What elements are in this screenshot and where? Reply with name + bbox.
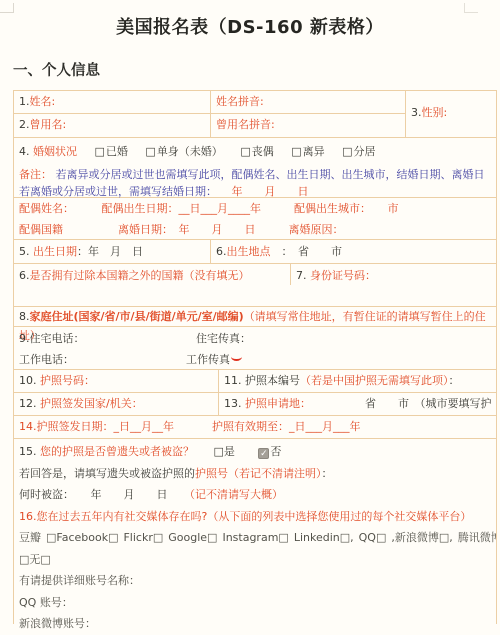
- row-passport-number: 10. 护照号码： 11. 护照本编号（若是中国护照无需填写此项）：: [14, 370, 496, 393]
- marital-option-widowed[interactable]: □丧偶: [240, 145, 273, 158]
- row-home-address: 8.家庭住址(国家/省/市/县/街道/单元/室/邮编)（请填写常住地址，有暂住证…: [14, 307, 496, 327]
- page-corner-mark-icon: [464, 3, 478, 13]
- marital-option-divorced[interactable]: □离异: [291, 145, 324, 158]
- field-number: 4.: [19, 145, 33, 158]
- red-squiggle-mark-icon: [231, 355, 242, 361]
- passport-number-field[interactable]: 10. 护照号码：: [14, 370, 219, 392]
- gender-label: 性别:: [422, 106, 448, 119]
- when-stolen-field[interactable]: 何时被盗： 年 月 日: [19, 488, 190, 501]
- work-fax-field[interactable]: 工作传真: [186, 353, 230, 366]
- work-phone-line: 工作电话：工作传真: [14, 349, 496, 370]
- yes-label: 是: [224, 445, 235, 458]
- checkbox-icon[interactable]: □: [240, 145, 250, 158]
- marital-option-label: 已婚: [106, 145, 128, 158]
- birth-date-label: 出生日期: [33, 245, 77, 258]
- row-passport-lost-social: 15. 您的护照是否曾遗失或者被盗？ □是 ✓否 若回答是，请填写遗失或被盗护照…: [14, 439, 496, 622]
- former-name-field[interactable]: 2.曾用名:: [14, 114, 211, 137]
- checkbox-icon[interactable]: □: [95, 145, 105, 158]
- remark-label: 备注：: [19, 168, 52, 181]
- remark2-text: 若离婚或分居或过世，需填写结婚日期：: [19, 185, 217, 198]
- work-phone-field[interactable]: 工作电话：: [19, 349, 186, 370]
- id-number-label: 身份证号码：: [310, 269, 376, 282]
- page-corner-mark-icon: [0, 3, 14, 13]
- passport-issuer-label: 护照签发国家/机关：: [40, 397, 143, 410]
- marital-status-line: 4. 婚姻状况 □已婚 □单身（未婚） □丧偶 □离异 □分居: [14, 140, 496, 165]
- id-number-field[interactable]: 7. 身份证号码： 美国社保号(如有)：: [291, 264, 496, 285]
- social-platform-tencent-weibo[interactable]: 腾讯微博 □: [458, 531, 496, 544]
- account-detail-label: 有请提供详细账号名称：: [19, 574, 140, 587]
- social-platform-facebook[interactable]: □Facebook□: [46, 531, 118, 544]
- name-field[interactable]: 1.姓名:: [14, 91, 211, 113]
- account-detail-line: 有请提供详细账号名称：: [14, 570, 496, 592]
- field-number: 1.: [19, 95, 30, 108]
- passport-issue-date-field[interactable]: 14.护照签发日期：_日__月__年: [19, 420, 174, 433]
- qq-account-field[interactable]: QQ 账号：: [19, 596, 73, 609]
- checkbox-icon[interactable]: □: [214, 445, 224, 458]
- passport-lost-line: 15. 您的护照是否曾遗失或者被盗？ □是 ✓否: [14, 441, 496, 463]
- home-phone-field[interactable]: 9.住宅电话：: [19, 328, 196, 349]
- name-pinyin-label: 姓名拼音:: [216, 95, 264, 108]
- passport-book-field[interactable]: 11. 护照本编号（若是中国护照无需填写此项）：: [219, 370, 496, 392]
- passport-book-colon: ：: [449, 374, 460, 387]
- section-heading-personal-info: 一、个人信息: [13, 59, 100, 80]
- passport-number-label: 护照号码：: [40, 374, 95, 387]
- birth-place-label: 出生地点: [227, 245, 271, 258]
- field-number: 2.: [19, 118, 30, 131]
- birth-date-value: ：年 月 日: [77, 245, 143, 258]
- home-address-label: 家庭住址(国家/省/市/县/街道/单元/室/邮编): [30, 310, 244, 323]
- checked-checkbox-icon[interactable]: ✓: [258, 448, 269, 459]
- social-platform-google[interactable]: Google□: [168, 531, 217, 544]
- social-platform-qq[interactable]: QQ□: [359, 531, 387, 544]
- row-passport-issue: 12. 护照签发国家/机关： 13. 护照申请地：省 市 （城市要填写护照申请地…: [14, 393, 496, 416]
- field-number: 5.: [19, 245, 33, 258]
- social-platform-flickr[interactable]: Flickr□: [123, 531, 163, 544]
- row-phones: 9.住宅电话：住宅传真： 工作电话：工作传真: [14, 327, 496, 370]
- social-platform-instagram[interactable]: Instagram□: [222, 531, 288, 544]
- passport-dates-line: 14.护照签发日期：_日__月__年护照有效期至：_日___月___年: [14, 416, 496, 438]
- row-name: 1.姓名: 姓名拼音:: [14, 91, 405, 114]
- field-number: 6.: [216, 245, 227, 258]
- other-nationality-note: （没有填无）: [184, 269, 250, 282]
- marital-option-married[interactable]: □已婚: [95, 145, 128, 158]
- passport-book-label: 护照本编号: [245, 374, 300, 387]
- former-name-pinyin-field[interactable]: 曾用名拼音:: [211, 114, 405, 137]
- weibo-account-line: 新浪微博账号：: [14, 613, 496, 622]
- row-former-name: 2.曾用名: 曾用名拼音:: [14, 114, 405, 137]
- personal-info-table: 1.姓名: 姓名拼音: 2.曾用名: 曾用名拼音: 3.性别: 4. 婚姻状况 …: [13, 90, 497, 622]
- field-number: 15.: [19, 445, 40, 458]
- birth-place-field[interactable]: 6.出生地点 ： 省 市: [211, 240, 496, 263]
- former-name-label: 曾用名:: [30, 118, 67, 131]
- passport-lost-label: 您的护照是否曾遗失或者被盗？: [40, 445, 194, 458]
- passport-apply-place-field[interactable]: 13. 护照申请地：省 市 （城市要填写护照申请地）: [219, 393, 496, 415]
- if-yes-note: （若记不清请注明）: [228, 467, 322, 480]
- lost-passport-number-line: 若回答是，请填写遗失或被盗护照的护照号（若记不清请注明）：: [14, 463, 496, 485]
- field-number: 8.: [19, 310, 30, 323]
- passport-book-note: （若是中国护照无需填写此项）: [300, 374, 449, 387]
- marital-option-label: 丧偶: [252, 145, 274, 158]
- field-number: 13.: [224, 397, 245, 410]
- social-media-question-line: 16.您在过去五年内有社交媒体存在吗?（从下面的列表中选择您使用过的每个社交媒体…: [14, 506, 496, 528]
- row-marital-status: 4. 婚姻状况 □已婚 □单身（未婚） □丧偶 □离异 □分居 备注： 若离异或…: [14, 138, 496, 198]
- field-number: 12.: [19, 397, 40, 410]
- passport-apply-place-label: 护照申请地：: [245, 393, 365, 415]
- other-nationality-field[interactable]: 6.是否拥有过除本国籍之外的国籍（没有填无）: [14, 264, 291, 285]
- weibo-account-field[interactable]: 新浪微博账号：: [19, 617, 96, 622]
- when-stolen-note: （记不清请写大概）: [190, 488, 284, 501]
- field-number: 3.: [411, 106, 422, 119]
- marital-option-single[interactable]: □单身（未婚）: [145, 145, 222, 158]
- checkbox-icon[interactable]: □: [145, 145, 155, 158]
- row-spouse-details: 配偶姓名： 配偶出生日期：__日___月____年 配偶出生城市： 市 配偶国籍…: [14, 198, 496, 240]
- home-fax-field[interactable]: 住宅传真：: [196, 332, 251, 345]
- no-label: 否: [270, 445, 281, 458]
- row-birth: 5. 出生日期：年 月 日 6.出生地点 ： 省 市: [14, 240, 496, 264]
- social-platform-sina-weibo[interactable]: ,新浪微博□,: [391, 531, 452, 544]
- passport-lost-no-option[interactable]: ✓否: [258, 445, 281, 458]
- field-number: 7.: [296, 269, 310, 282]
- page-title: 美国报名表（DS-160 新表格）: [0, 13, 500, 39]
- name-label: 姓名:: [30, 95, 56, 108]
- home-phone-line: 9.住宅电话：住宅传真：: [14, 328, 496, 349]
- if-yes-passport-label: 护照号: [195, 467, 228, 480]
- spouse-line2[interactable]: 配偶国籍 离婚日期： 年 月 日 离婚原因：: [14, 219, 496, 240]
- marital-option-label: 单身（未婚）: [157, 145, 223, 158]
- social-platform-douban[interactable]: 豆瓣: [19, 531, 41, 544]
- marital-option-label: 分居: [354, 145, 376, 158]
- if-yes-colon: ：: [322, 467, 333, 480]
- social-media-platforms-line: 豆瓣□Facebook□Flickr□Google□Instagram□Link…: [14, 527, 496, 549]
- passport-lost-yes-option[interactable]: □是: [214, 445, 235, 458]
- field-number: 6.: [19, 269, 30, 282]
- remark2-date: 年 月 日: [221, 185, 309, 198]
- field-number: 10.: [19, 374, 40, 387]
- birth-place-value: ： 省 市: [271, 245, 343, 258]
- marital-remark2-line: 若离婚或分居或过世，需填写结婚日期： 年 月 日: [14, 185, 496, 199]
- social-media-none-line: □无□: [14, 549, 496, 571]
- social-platform-linkedin[interactable]: Linkedin□,: [294, 531, 354, 544]
- qq-account-line: QQ 账号：: [14, 592, 496, 614]
- former-name-pinyin-label: 曾用名拼音:: [216, 118, 275, 131]
- row-name-gender: 1.姓名: 姓名拼音: 2.曾用名: 曾用名拼音: 3.性别:: [14, 91, 496, 138]
- birth-date-field[interactable]: 5. 出生日期：年 月 日: [14, 240, 211, 263]
- row-passport-dates: 14.护照签发日期：_日__月__年护照有效期至：_日___月___年: [14, 416, 496, 439]
- marital-label: 婚姻状况: [33, 145, 77, 158]
- remark-text: 若离异或分居或过世也需填写此项，配偶姓名、出生日期、出生城市，结婚日期、离婚日期…: [19, 168, 485, 185]
- passport-issuer-field[interactable]: 12. 护照签发国家/机关：: [14, 393, 219, 415]
- marital-remark-line: 备注： 若离异或分居或过世也需填写此项，配偶姓名、出生日期、出生城市，结婚日期、…: [14, 165, 496, 185]
- field-number: 11.: [224, 374, 245, 387]
- checkbox-icon[interactable]: □: [291, 145, 301, 158]
- gender-field[interactable]: 3.性别:: [406, 91, 496, 137]
- name-pinyin-field[interactable]: 姓名拼音:: [211, 91, 405, 113]
- marital-option-label: 离异: [303, 145, 325, 158]
- passport-apply-place-value: 省 市: [365, 397, 409, 410]
- checkbox-icon[interactable]: □: [342, 145, 352, 158]
- if-yes-text: 若回答是，请填写遗失或被盗护照的: [19, 467, 195, 480]
- social-media-question: 16.您在过去五年内有社交媒体存在吗?（从下面的列表中选择您使用过的每个社交媒体…: [19, 510, 471, 523]
- when-stolen-line: 何时被盗： 年 月 日 （记不清请写大概）: [14, 484, 496, 506]
- marital-option-separated[interactable]: □分居: [342, 145, 375, 158]
- other-nationality-label: 是否拥有过除本国籍之外的国籍: [30, 269, 184, 282]
- passport-expiry-date-field[interactable]: 护照有效期至：_日___月___年: [212, 420, 361, 433]
- row-nationality-id: 6.是否拥有过除本国籍之外的国籍（没有填无） 7. 身份证号码： 美国社保号(如…: [14, 264, 496, 307]
- spouse-line1[interactable]: 配偶姓名： 配偶出生日期：__日___月____年 配偶出生城市： 市: [14, 198, 496, 219]
- social-none-option[interactable]: □无□: [19, 553, 51, 566]
